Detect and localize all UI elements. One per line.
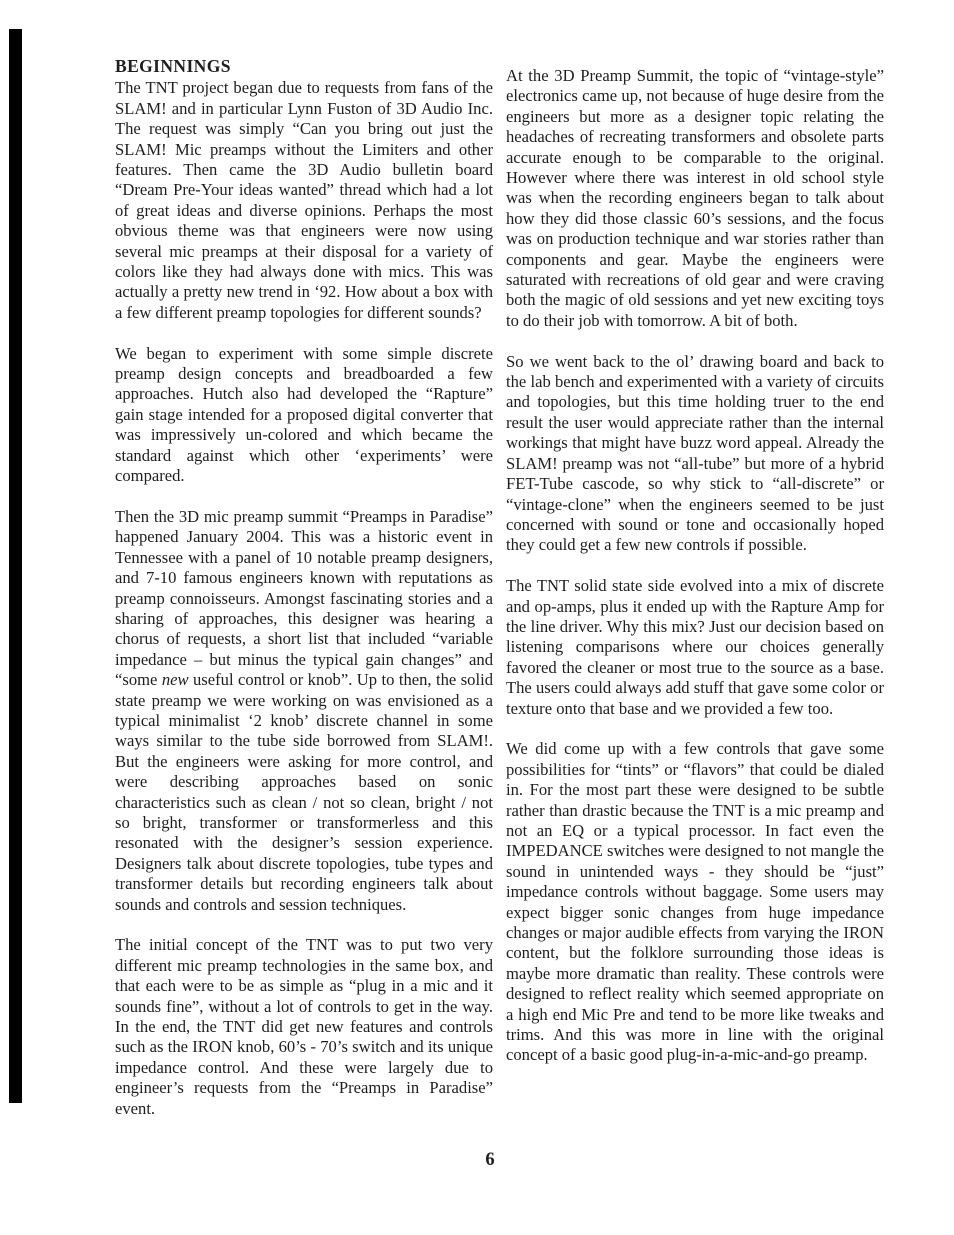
scan-edge-artifact <box>9 29 22 1103</box>
paragraph: We did come up with a few controls that … <box>506 739 884 1066</box>
paragraph: The initial concept of the TNT was to pu… <box>115 935 493 1119</box>
paragraph: So we went back to the ol’ drawing board… <box>506 352 884 556</box>
text-run: useful control or knob”. Up to then, the… <box>115 670 493 913</box>
italic-text-run: new <box>162 670 189 689</box>
text-run: The initial concept of the TNT was to pu… <box>115 935 493 1117</box>
text-run: We began to experiment with some simple … <box>115 344 493 485</box>
left-column: BEGINNINGS The TNT project began due to … <box>115 56 493 1119</box>
paragraph: Then the 3D mic preamp summit “Preamps i… <box>115 507 493 915</box>
text-run: So we went back to the ol’ drawing board… <box>506 352 884 555</box>
document-page: BEGINNINGS The TNT project began due to … <box>0 0 954 1235</box>
right-column: At the 3D Preamp Summit, the topic of “v… <box>506 66 884 1066</box>
text-run: Then the 3D mic preamp summit “Preamps i… <box>115 507 493 689</box>
text-run: The TNT solid state side evolved into a … <box>506 576 884 717</box>
paragraph: We began to experiment with some simple … <box>115 344 493 487</box>
paragraph: The TNT project began due to requests fr… <box>115 78 493 323</box>
text-run: The TNT project began due to requests fr… <box>115 78 493 321</box>
paragraph: At the 3D Preamp Summit, the topic of “v… <box>506 66 884 331</box>
text-run: At the 3D Preamp Summit, the topic of “v… <box>506 66 884 330</box>
paragraph: The TNT solid state side evolved into a … <box>506 576 884 719</box>
right-column-text: At the 3D Preamp Summit, the topic of “v… <box>506 66 884 1066</box>
page-number: 6 <box>478 1150 502 1171</box>
text-run: We did come up with a few controls that … <box>506 739 884 1064</box>
left-column-text: The TNT project began due to requests fr… <box>115 78 493 1119</box>
section-heading: BEGINNINGS <box>115 56 493 76</box>
